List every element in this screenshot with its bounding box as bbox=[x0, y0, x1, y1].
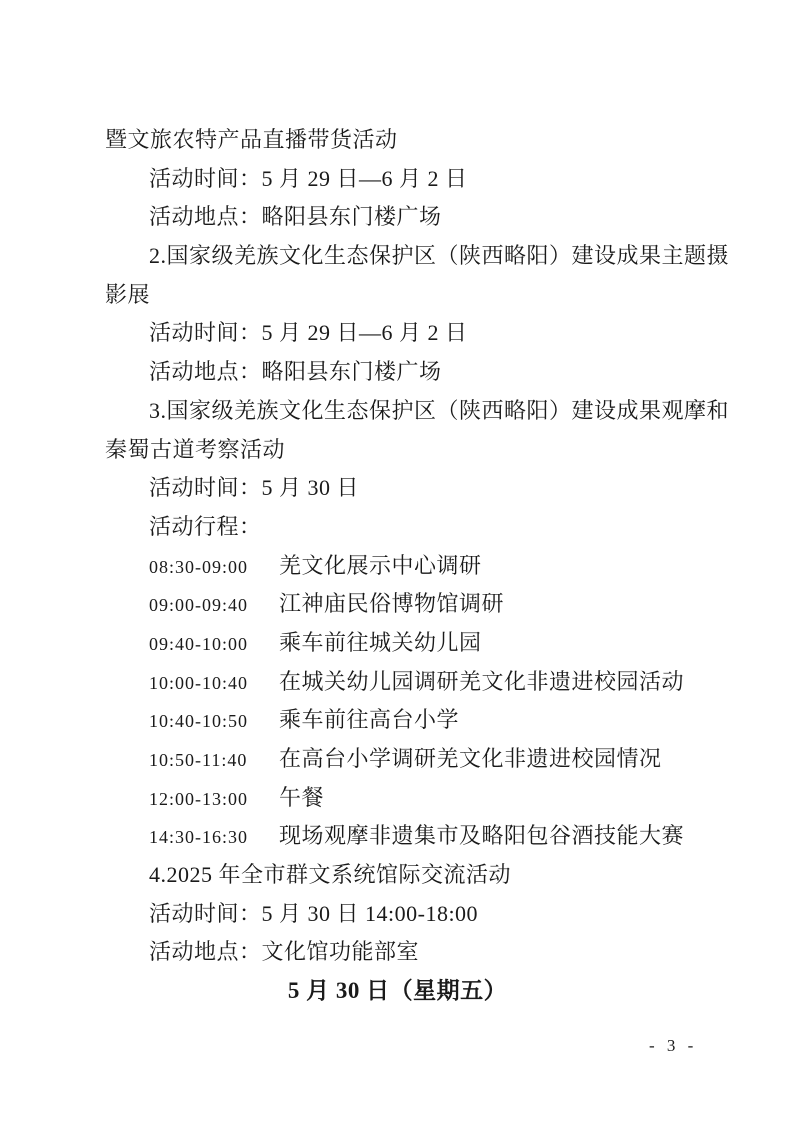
schedule-activity: 乘车前往高台小学 bbox=[279, 707, 459, 732]
text-line-activity-time: 活动时间：5 月 29 日—6 月 2 日 bbox=[105, 314, 690, 353]
schedule-item: 09:00-09:40江神庙民俗博物馆调研 bbox=[105, 585, 690, 624]
text-line-item-2-title: 2.国家级羌族文化生态保护区（陕西略阳）建设成果主题摄 bbox=[105, 237, 690, 276]
schedule-item: 12:00-13:00午餐 bbox=[105, 779, 690, 818]
text-line-activity-place: 活动地点：文化馆功能部室 bbox=[105, 933, 690, 972]
schedule-activity: 现场观摩非遗集市及略阳包谷酒技能大赛 bbox=[279, 823, 684, 848]
text-line-item-3-title-wrap: 秦蜀古道考察活动 bbox=[105, 431, 690, 470]
text-line-item-4-title: 4.2025 年全市群文系统馆际交流活动 bbox=[105, 856, 690, 895]
schedule-activity: 在高台小学调研羌文化非遗进校园情况 bbox=[279, 746, 662, 771]
text-line-activity-time: 活动时间：5 月 29 日—6 月 2 日 bbox=[105, 160, 690, 199]
schedule-activity: 乘车前往城关幼儿园 bbox=[279, 630, 482, 655]
schedule-item: 08:30-09:00羌文化展示中心调研 bbox=[105, 547, 690, 586]
schedule-item: 10:00-10:40在城关幼儿园调研羌文化非遗进校园活动 bbox=[105, 663, 690, 702]
schedule-time: 10:40-10:50 bbox=[149, 702, 279, 741]
schedule-item: 14:30-16:30现场观摩非遗集市及略阳包谷酒技能大赛 bbox=[105, 817, 690, 856]
document-page: 暨文旅农特产品直播带货活动 活动时间：5 月 29 日—6 月 2 日 活动地点… bbox=[0, 0, 793, 1122]
text-line-item-2-title-wrap: 影展 bbox=[105, 276, 690, 315]
schedule-time: 12:00-13:00 bbox=[149, 780, 279, 819]
body-text: 暨文旅农特产品直播带货活动 活动时间：5 月 29 日—6 月 2 日 活动地点… bbox=[105, 121, 690, 1011]
text-line-activity-place: 活动地点：略阳县东门楼广场 bbox=[105, 353, 690, 392]
page-number: - 3 - bbox=[649, 1036, 697, 1056]
text-line-activity-time: 活动时间：5 月 30 日 14:00-18:00 bbox=[105, 895, 690, 934]
schedule-time: 10:00-10:40 bbox=[149, 664, 279, 703]
schedule-time: 08:30-09:00 bbox=[149, 548, 279, 587]
schedule-time: 09:00-09:40 bbox=[149, 586, 279, 625]
schedule-activity: 午餐 bbox=[279, 785, 324, 810]
text-line-itinerary-label: 活动行程： bbox=[105, 508, 690, 547]
schedule-time: 14:30-16:30 bbox=[149, 818, 279, 857]
text-line-item-3-title: 3.国家级羌族文化生态保护区（陕西略阳）建设成果观摩和 bbox=[105, 392, 690, 431]
schedule-activity: 在城关幼儿园调研羌文化非遗进校园活动 bbox=[279, 669, 684, 694]
schedule-time: 09:40-10:00 bbox=[149, 625, 279, 664]
schedule-item: 10:50-11:40在高台小学调研羌文化非遗进校园情况 bbox=[105, 740, 690, 779]
text-line-activity-place: 活动地点：略阳县东门楼广场 bbox=[105, 198, 690, 237]
day-heading: 5 月 30 日（星期五） bbox=[105, 972, 690, 1011]
schedule-activity: 江神庙民俗博物馆调研 bbox=[279, 591, 504, 616]
text-line-activity-time: 活动时间：5 月 30 日 bbox=[105, 469, 690, 508]
schedule-item: 10:40-10:50乘车前往高台小学 bbox=[105, 701, 690, 740]
text-line: 暨文旅农特产品直播带货活动 bbox=[105, 121, 690, 160]
schedule-activity: 羌文化展示中心调研 bbox=[279, 553, 482, 578]
schedule-time: 10:50-11:40 bbox=[149, 741, 279, 780]
schedule-item: 09:40-10:00乘车前往城关幼儿园 bbox=[105, 624, 690, 663]
